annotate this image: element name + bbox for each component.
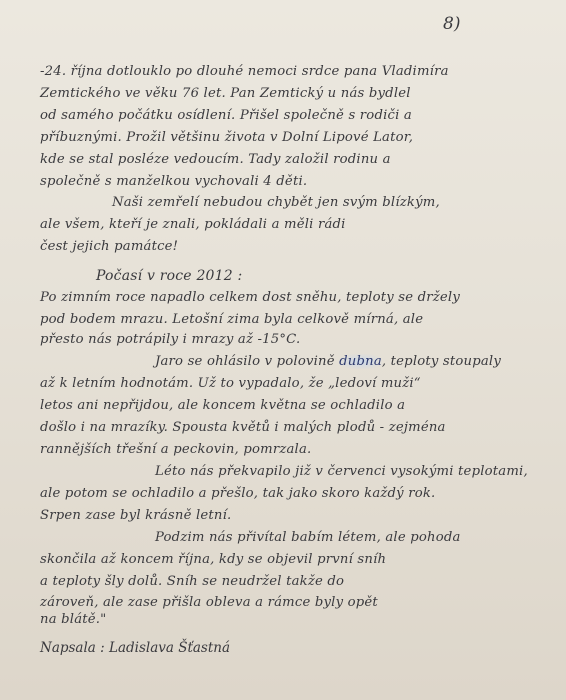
text-line: kde se stal posléze vedoucím. Tady založ… bbox=[40, 150, 391, 170]
text-line: Zemtického ve věku 76 let. Pan Zemtický … bbox=[40, 84, 411, 104]
text-line: Naši zemřelí nebudou chybět jen svým blí… bbox=[112, 193, 440, 213]
text-line: Léto nás překvapilo již v červenci vysok… bbox=[155, 462, 528, 482]
text-line: ale všem, kteří je znali, pokládali a mě… bbox=[40, 215, 346, 235]
section-heading: Počasí v roce 2012 : bbox=[96, 266, 242, 286]
signature: Napsala : Ladislava Šťastná bbox=[40, 640, 230, 656]
text-line: čest jejich památce! bbox=[40, 237, 178, 257]
text-line: skončila až koncem října, kdy se objevil… bbox=[40, 550, 386, 570]
text-line: letos ani nepřijdou, ale koncem května s… bbox=[40, 396, 405, 416]
text-fragment: Jaro se ohlásilo v polovině bbox=[155, 354, 335, 369]
text-line: Podzim nás přivítal babím létem, ale poh… bbox=[155, 528, 461, 548]
handwritten-chronicle-page: 8) -24. října dotlouklo po dlouhé nemoci… bbox=[0, 0, 566, 700]
text-line: ale potom se ochladilo a přešlo, tak jak… bbox=[40, 484, 435, 504]
text-line: na blátě." bbox=[40, 610, 106, 630]
text-line: příbuznými. Prožil většinu života v Doln… bbox=[40, 128, 413, 148]
text-line: až k letním hodnotám. Už to vypadalo, že… bbox=[40, 374, 421, 394]
text-line: Jaro se ohlásilo v polovině dubna, teplo… bbox=[155, 352, 501, 372]
text-line: Srpen zase byl krásně letní. bbox=[40, 506, 231, 526]
text-line: -24. října dotlouklo po dlouhé nemoci sr… bbox=[40, 62, 449, 82]
text-line: přesto nás potrápily i mrazy až -15°C. bbox=[40, 330, 300, 350]
highlighted-word: dubna bbox=[339, 354, 382, 369]
text-line: a teploty šly dolů. Sníh se neudržel tak… bbox=[40, 572, 344, 592]
text-line: od samého počátku osídlení. Přišel spole… bbox=[40, 106, 412, 126]
text-line: rannějších třešní a peckovin, pomrzala. bbox=[40, 440, 311, 460]
page-number: 8) bbox=[443, 14, 460, 34]
text-fragment: , teploty stoupaly bbox=[382, 354, 501, 369]
text-line: došlo i na mrazíky. Spousta květů i malý… bbox=[40, 418, 446, 438]
text-line: Po zimním roce napadlo celkem dost sněhu… bbox=[40, 288, 460, 308]
text-line: společně s manželkou vychovali 4 děti. bbox=[40, 172, 307, 192]
text-line: pod bodem mrazu. Letošní zima byla celko… bbox=[40, 310, 423, 330]
